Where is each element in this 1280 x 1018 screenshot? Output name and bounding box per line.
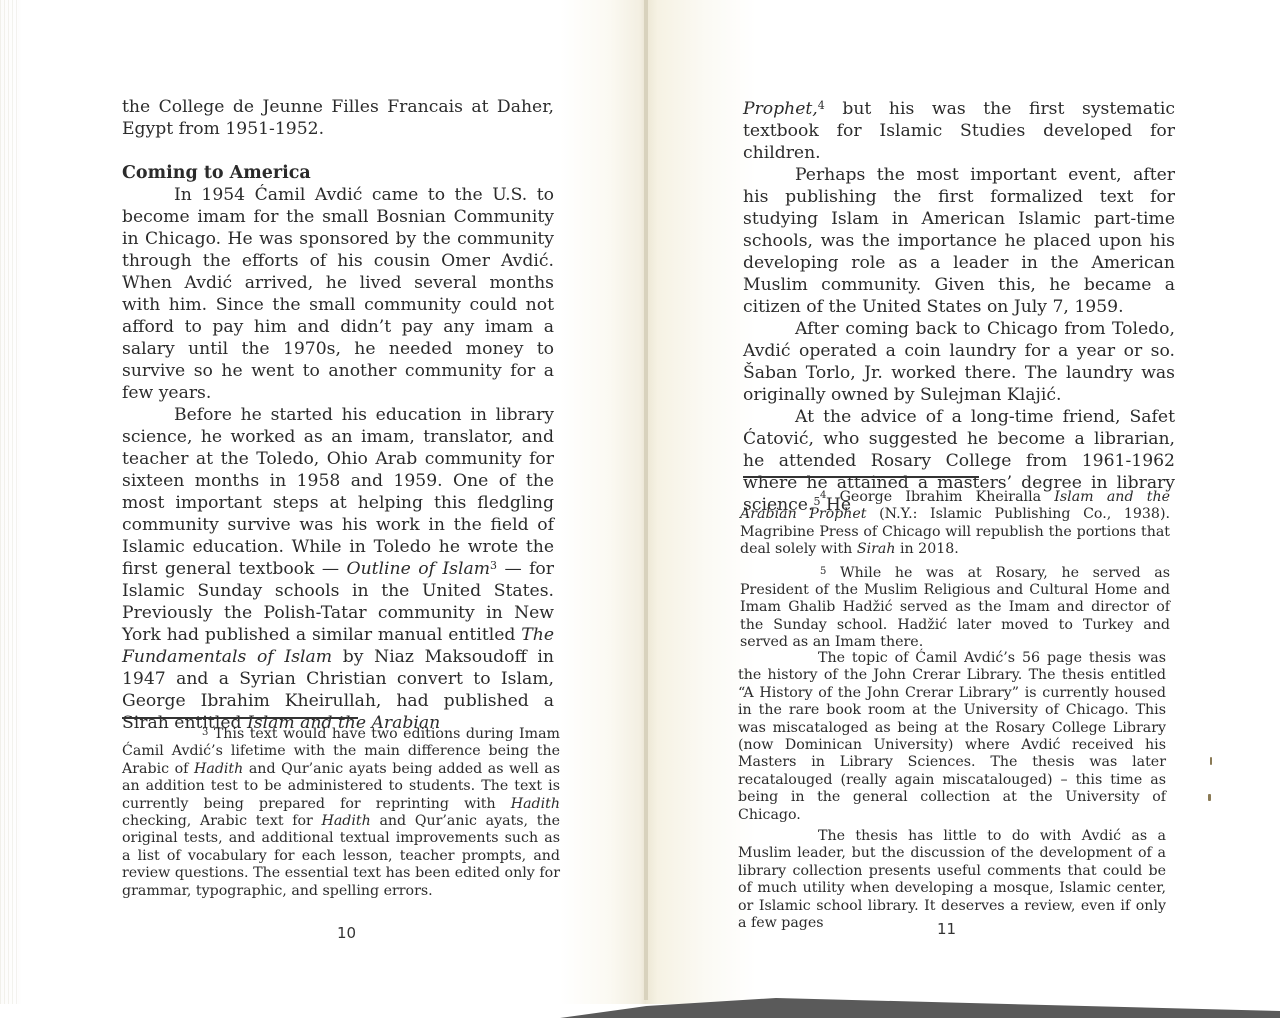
paragraph-toledo: Before he started his education in libra…: [122, 404, 554, 734]
footnote-ref-3: 3: [490, 559, 497, 572]
right-page-body: Prophet,4 but his was the first systemat…: [743, 98, 1175, 516]
paper-speck: [1208, 794, 1211, 801]
footnote-4: 4 George Ibrahim Kheiralla Islam and the…: [740, 487, 1170, 559]
page-number-left: 10: [337, 924, 356, 942]
paper-speck: [1210, 757, 1212, 765]
page-edge-lines: [0, 0, 18, 1010]
footnote-ref-4: 4: [818, 99, 825, 112]
paragraph-arrival: In 1954 Ćamil Avdić came to the U.S. to …: [122, 184, 554, 404]
left-page-body: the College de Jeunne Filles Francais at…: [122, 96, 554, 734]
footnote-5: 5 While he was at Rosary, he served as P…: [740, 563, 1170, 652]
page-number-right: 11: [937, 920, 956, 938]
paragraph-thesis-topic: The topic of Ćamil Avdić’s 56 page thesi…: [738, 650, 1166, 824]
book-title-outline-of-islam: Outline of Islam: [346, 559, 490, 579]
footnote-divider-left: [122, 717, 358, 719]
paragraph-prophet: Prophet,4 but his was the first systemat…: [743, 98, 1175, 164]
continuation-paragraph: the College de Jeunne Filles Francais at…: [122, 96, 554, 140]
footnote-3: 3 This text would have two editions duri…: [122, 724, 560, 900]
thesis-section: The topic of Ćamil Avdić’s 56 page thesi…: [738, 650, 1166, 933]
paragraph-thesis-review: The thesis has little to do with Avdić a…: [738, 828, 1166, 932]
book-spread: the College de Jeunne Filles Francais at…: [0, 0, 1280, 1018]
footnotes-right: 4 George Ibrahim Kheiralla Islam and the…: [740, 487, 1170, 652]
footnote-divider-right: [743, 476, 979, 478]
section-heading: Coming to America: [122, 162, 554, 184]
paragraph-citizenship: Perhaps the most important event, after …: [743, 164, 1175, 318]
paragraph-laundry: After coming back to Chicago from Toledo…: [743, 318, 1175, 406]
book-spine: [644, 0, 648, 1000]
